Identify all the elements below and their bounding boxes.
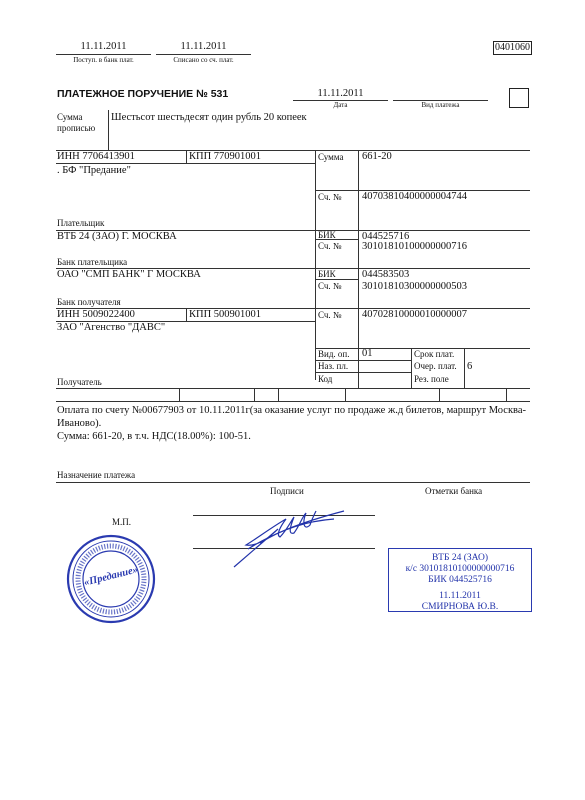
purpose-label: Назначение платежа [57,470,135,480]
bank-stamp-line5: СМИРНОВА Ю.В. [389,602,531,613]
order-date-label: Дата [293,101,388,109]
divider [315,150,316,380]
payment-type-label: Вид платежа [393,101,488,109]
payee-bank-label: Банк получателя [57,297,121,307]
divider [315,372,411,373]
reserve-label: Рез. поле [414,374,449,384]
divider [439,388,440,401]
signature-icon [220,505,350,575]
payee-bank-account-label: Сч. № [318,281,342,291]
stamp-place-label: М.П. [112,517,131,527]
bank-stamp-line4: 11.11.2011 [389,591,531,602]
payer-account-label: Сч. № [318,192,342,202]
payee-bank-name: ОАО "СМП БАНК" Г МОСКВА [57,269,201,280]
amount-label: Сумма [318,152,343,162]
divider [186,308,187,321]
payee-account: 40702810000010000007 [362,309,467,320]
bank-stamp: ВТБ 24 (ЗАО) к/с 30101810100000000716 БИ… [388,548,532,612]
amount-words-label-line1: Сумма [57,112,95,123]
divider [56,163,315,164]
divider [108,110,109,150]
priority-label: Очер. плат. [414,361,457,371]
form-code: 0401060 [493,41,532,55]
divider [411,348,412,388]
payment-purpose-line1: Оплата по счету №00677903 от 10.11.2011г… [57,404,537,417]
payment-purpose-line2: Иваново). [57,417,537,430]
divider [464,348,465,388]
payer-bank-account: 30101810100000000716 [362,241,467,252]
amount-words-label-line2: прописью [57,123,95,134]
divider [358,150,359,388]
bank-stamp-line1: ВТБ 24 (ЗАО) [389,553,531,564]
op-type-label: Вид. оп. [318,349,349,359]
amount-words-label: Сумма прописью [57,112,95,134]
priority-value: 6 [467,361,472,372]
payee-bank-bik-label: БИК [318,269,336,279]
term-label: Срок плат. [414,349,454,359]
urgency-checkbox [509,88,529,108]
payer-label: Плательщик [57,218,104,228]
payee-label: Получатель [57,377,102,387]
code-label: Код [318,374,332,384]
received-date-label: Поступ. в банк плат. [56,56,151,64]
payer-kpp: КПП 770901001 [189,151,261,162]
payee-bank-account: 30101810300000000503 [362,281,467,292]
divider [278,388,279,401]
payer-bank-label: Банк плательщика [57,257,127,267]
payer-inn: ИНН 7706413901 [57,151,135,162]
divider [254,388,255,401]
amount-value: 661-20 [362,151,392,162]
payee-name: ЗАО "Агенство "ДАВС" [57,322,165,333]
divider [56,482,530,483]
signatures-label: Подписи [270,486,304,496]
divider [315,279,358,280]
divider [506,388,507,401]
received-date: 11.11.2011 [56,41,151,52]
divider [156,54,251,55]
bank-marks-label: Отметки банка [425,486,482,496]
bank-stamp-line3: БИК 044525716 [389,575,531,586]
payer-bank-account-label: Сч. № [318,241,342,251]
divider [186,150,187,163]
divider [56,54,151,55]
divider [56,401,530,402]
op-type-value: 01 [362,348,373,359]
divider [345,388,346,401]
debited-date: 11.11.2011 [156,41,251,52]
purpose-code-label: Наз. пл. [318,361,348,371]
bank-stamp-line2: к/с 30101810100000000716 [389,564,531,575]
amount-words-value: Шестьсот шестьдесят один рубль 20 копеек [111,112,307,123]
payer-name: . БФ "Предание" [57,165,131,176]
payee-kpp: КПП 500901001 [189,309,261,320]
payer-bank-name: ВТБ 24 (ЗАО) Г. МОСКВА [57,231,177,242]
divider [56,388,530,389]
payment-purpose: Оплата по счету №00677903 от 10.11.2011г… [57,404,537,443]
divider [179,388,180,401]
payer-bank-bik-label: БИК [318,230,336,240]
payee-inn: ИНН 5009022400 [57,309,135,320]
payment-purpose-line3: Сумма: 661-20, в т.ч. НДС(18.00%): 100-5… [57,430,537,443]
debited-date-label: Списано со сч. плат. [156,56,251,64]
payer-account: 40703810400000004744 [362,191,467,202]
order-date: 11.11.2011 [293,88,388,99]
payee-bank-bik: 044583503 [362,269,409,280]
payee-account-label: Сч. № [318,310,342,320]
document-title: ПЛАТЕЖНОЕ ПОРУЧЕНИЕ № 531 [57,88,228,100]
